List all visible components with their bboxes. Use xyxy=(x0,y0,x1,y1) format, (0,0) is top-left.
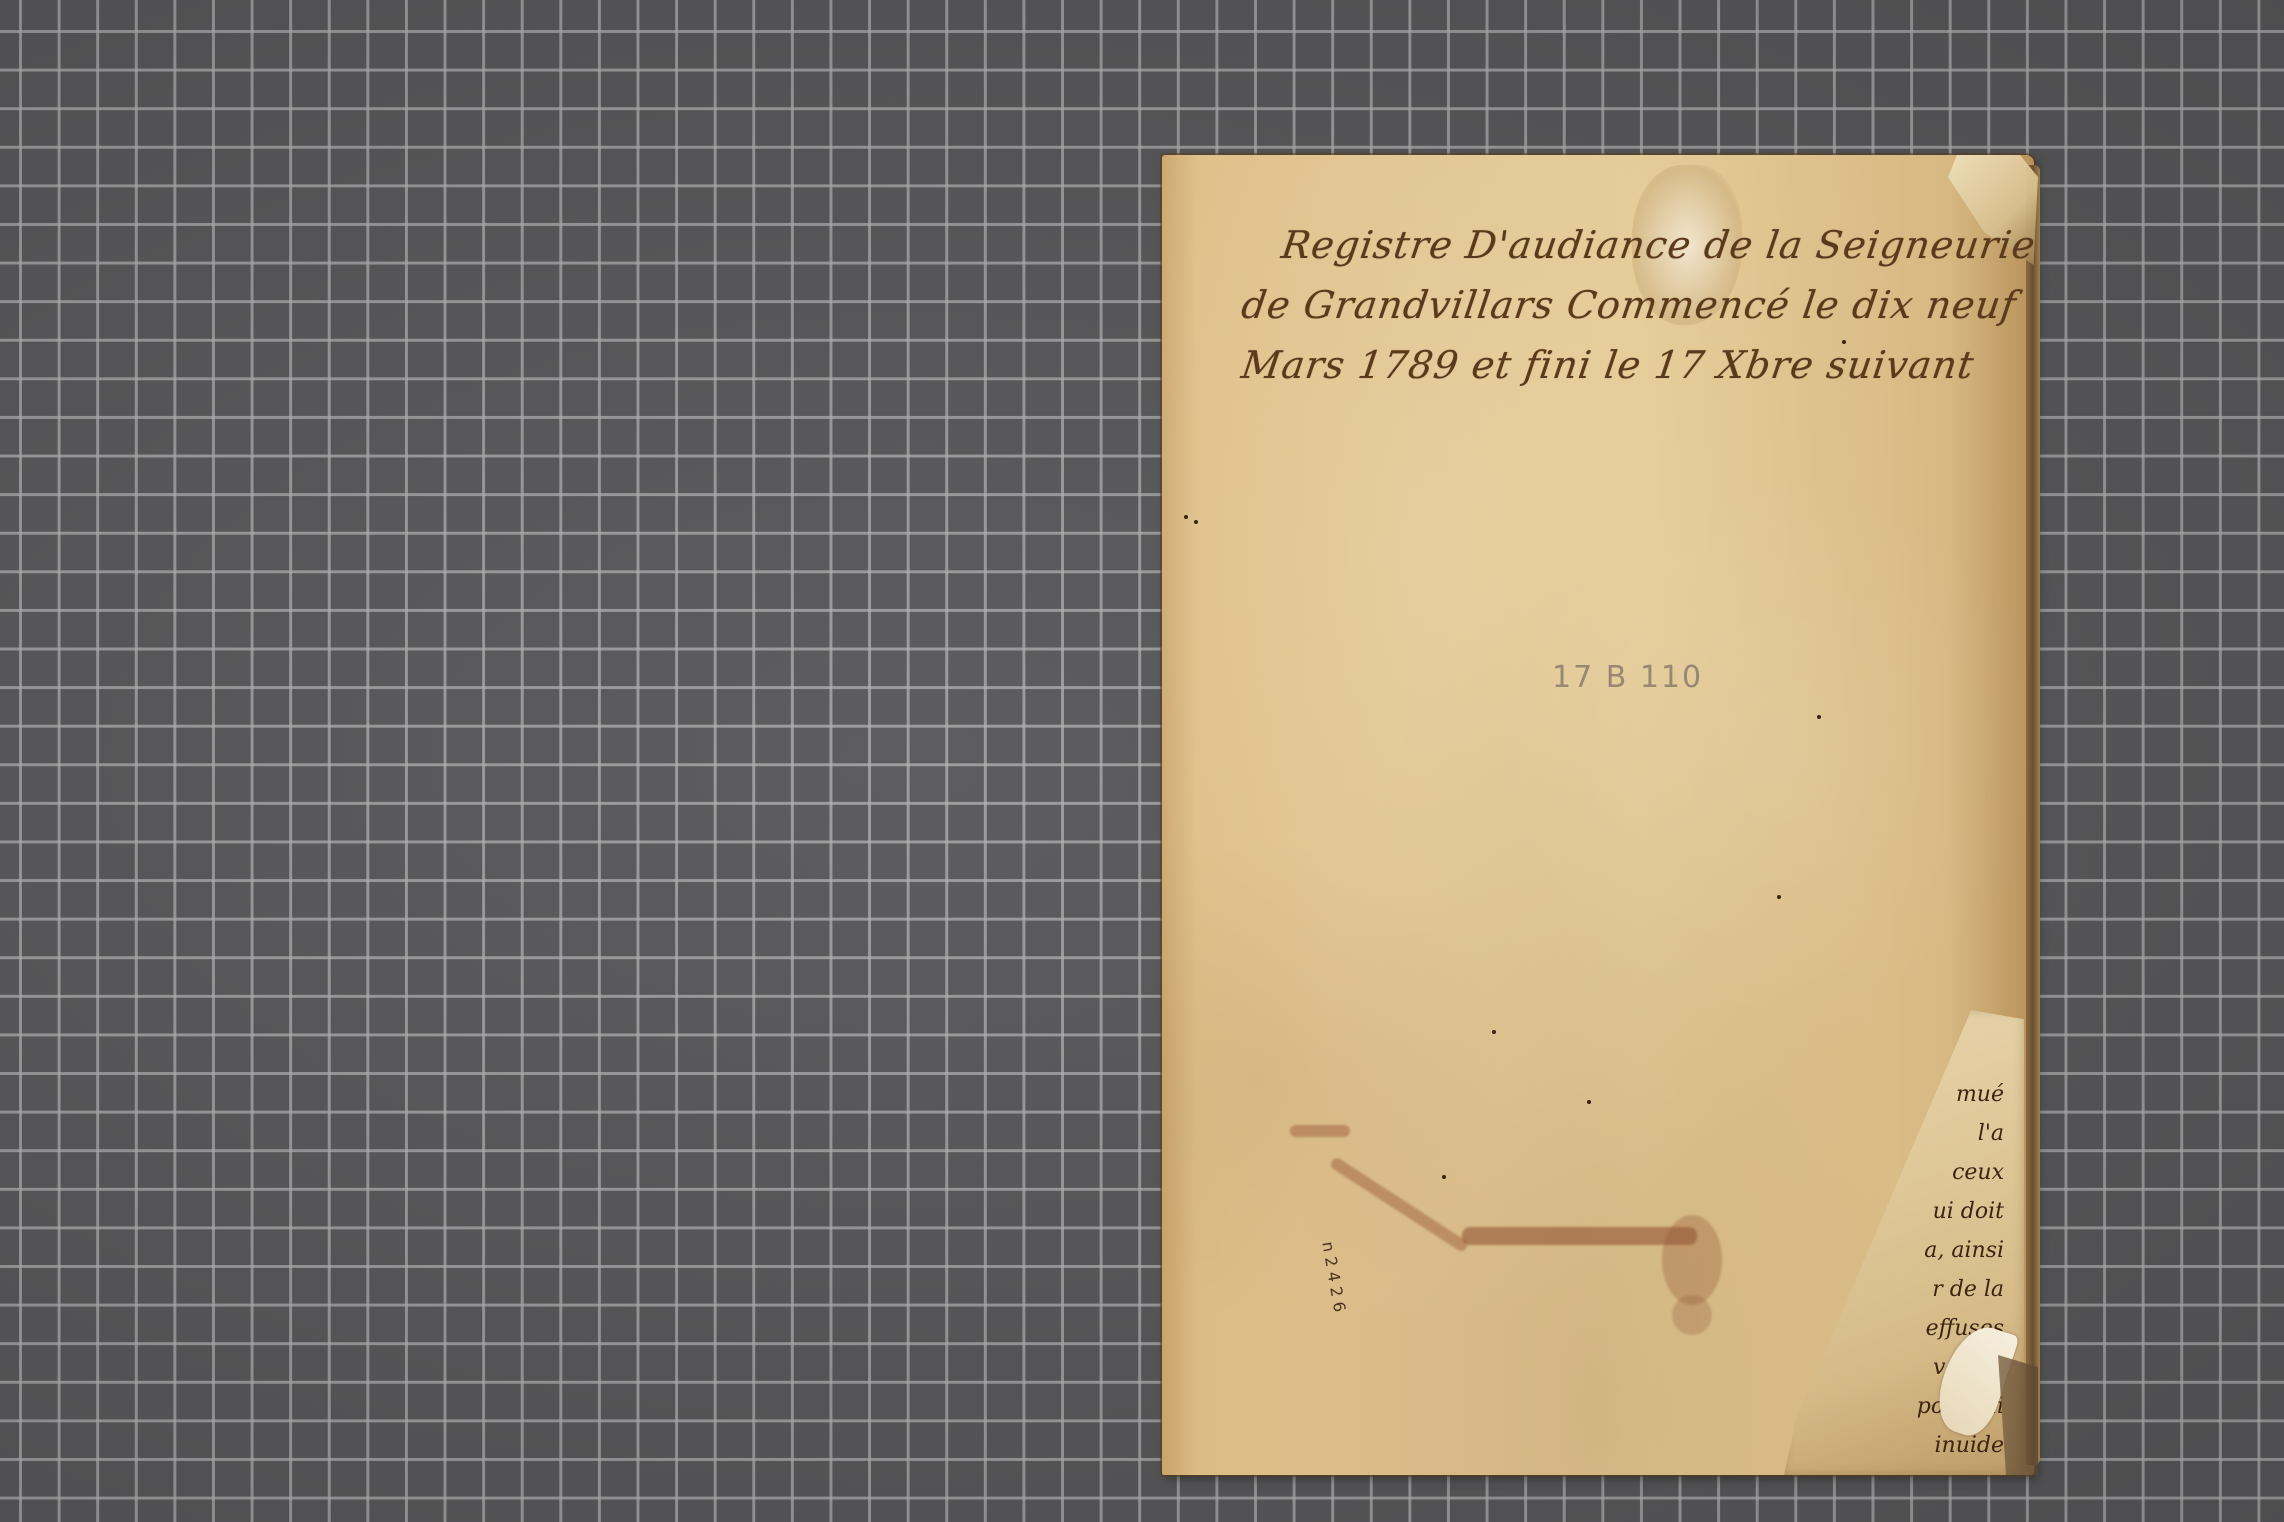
ink-stain xyxy=(1662,1215,1722,1305)
ink-stain xyxy=(1290,1125,1350,1137)
inner-leaf-line: ui doit xyxy=(1864,1192,2004,1231)
ink-stain xyxy=(1672,1295,1712,1335)
archive-catalog-number: 17 B 110 xyxy=(1552,660,1703,695)
ink-speck xyxy=(1442,1175,1446,1179)
inner-leaf-line: a, ainsi xyxy=(1864,1231,2004,1270)
ink-speck xyxy=(1587,1100,1591,1104)
title-line-1: Registre D'audiance de la Seigneurie xyxy=(1238,215,1986,275)
ink-speck xyxy=(1194,520,1198,524)
pencil-note: n 2 4 2 6 xyxy=(1318,1240,1349,1313)
handwritten-title: Registre D'audiance de la Seigneurie de … xyxy=(1242,215,1982,395)
title-line-2: de Grandvillars Commencé le dix neuf xyxy=(1238,275,1986,335)
inner-leaf-line: inuide xyxy=(1864,1426,2004,1465)
ink-speck xyxy=(1492,1030,1496,1034)
inner-leaf-line: ceux xyxy=(1864,1153,2004,1192)
register-cover-page: Registre D'audiance de la Seigneurie de … xyxy=(1162,155,2034,1475)
inner-leaf-line: r de la xyxy=(1864,1270,2004,1309)
title-line-3: Mars 1789 et fini le 17 Xbre suivant xyxy=(1238,335,1986,395)
inner-leaf-line: mué xyxy=(1864,1075,2004,1114)
ink-speck xyxy=(1842,340,1846,344)
inner-leaf-line: l'a xyxy=(1864,1114,2004,1153)
ink-speck xyxy=(1817,715,1821,719)
ink-stain xyxy=(1329,1156,1470,1253)
ink-speck xyxy=(1184,515,1188,519)
page-stack-edge xyxy=(2026,165,2040,1465)
ink-speck xyxy=(1777,895,1781,899)
ink-stain xyxy=(1462,1227,1697,1245)
